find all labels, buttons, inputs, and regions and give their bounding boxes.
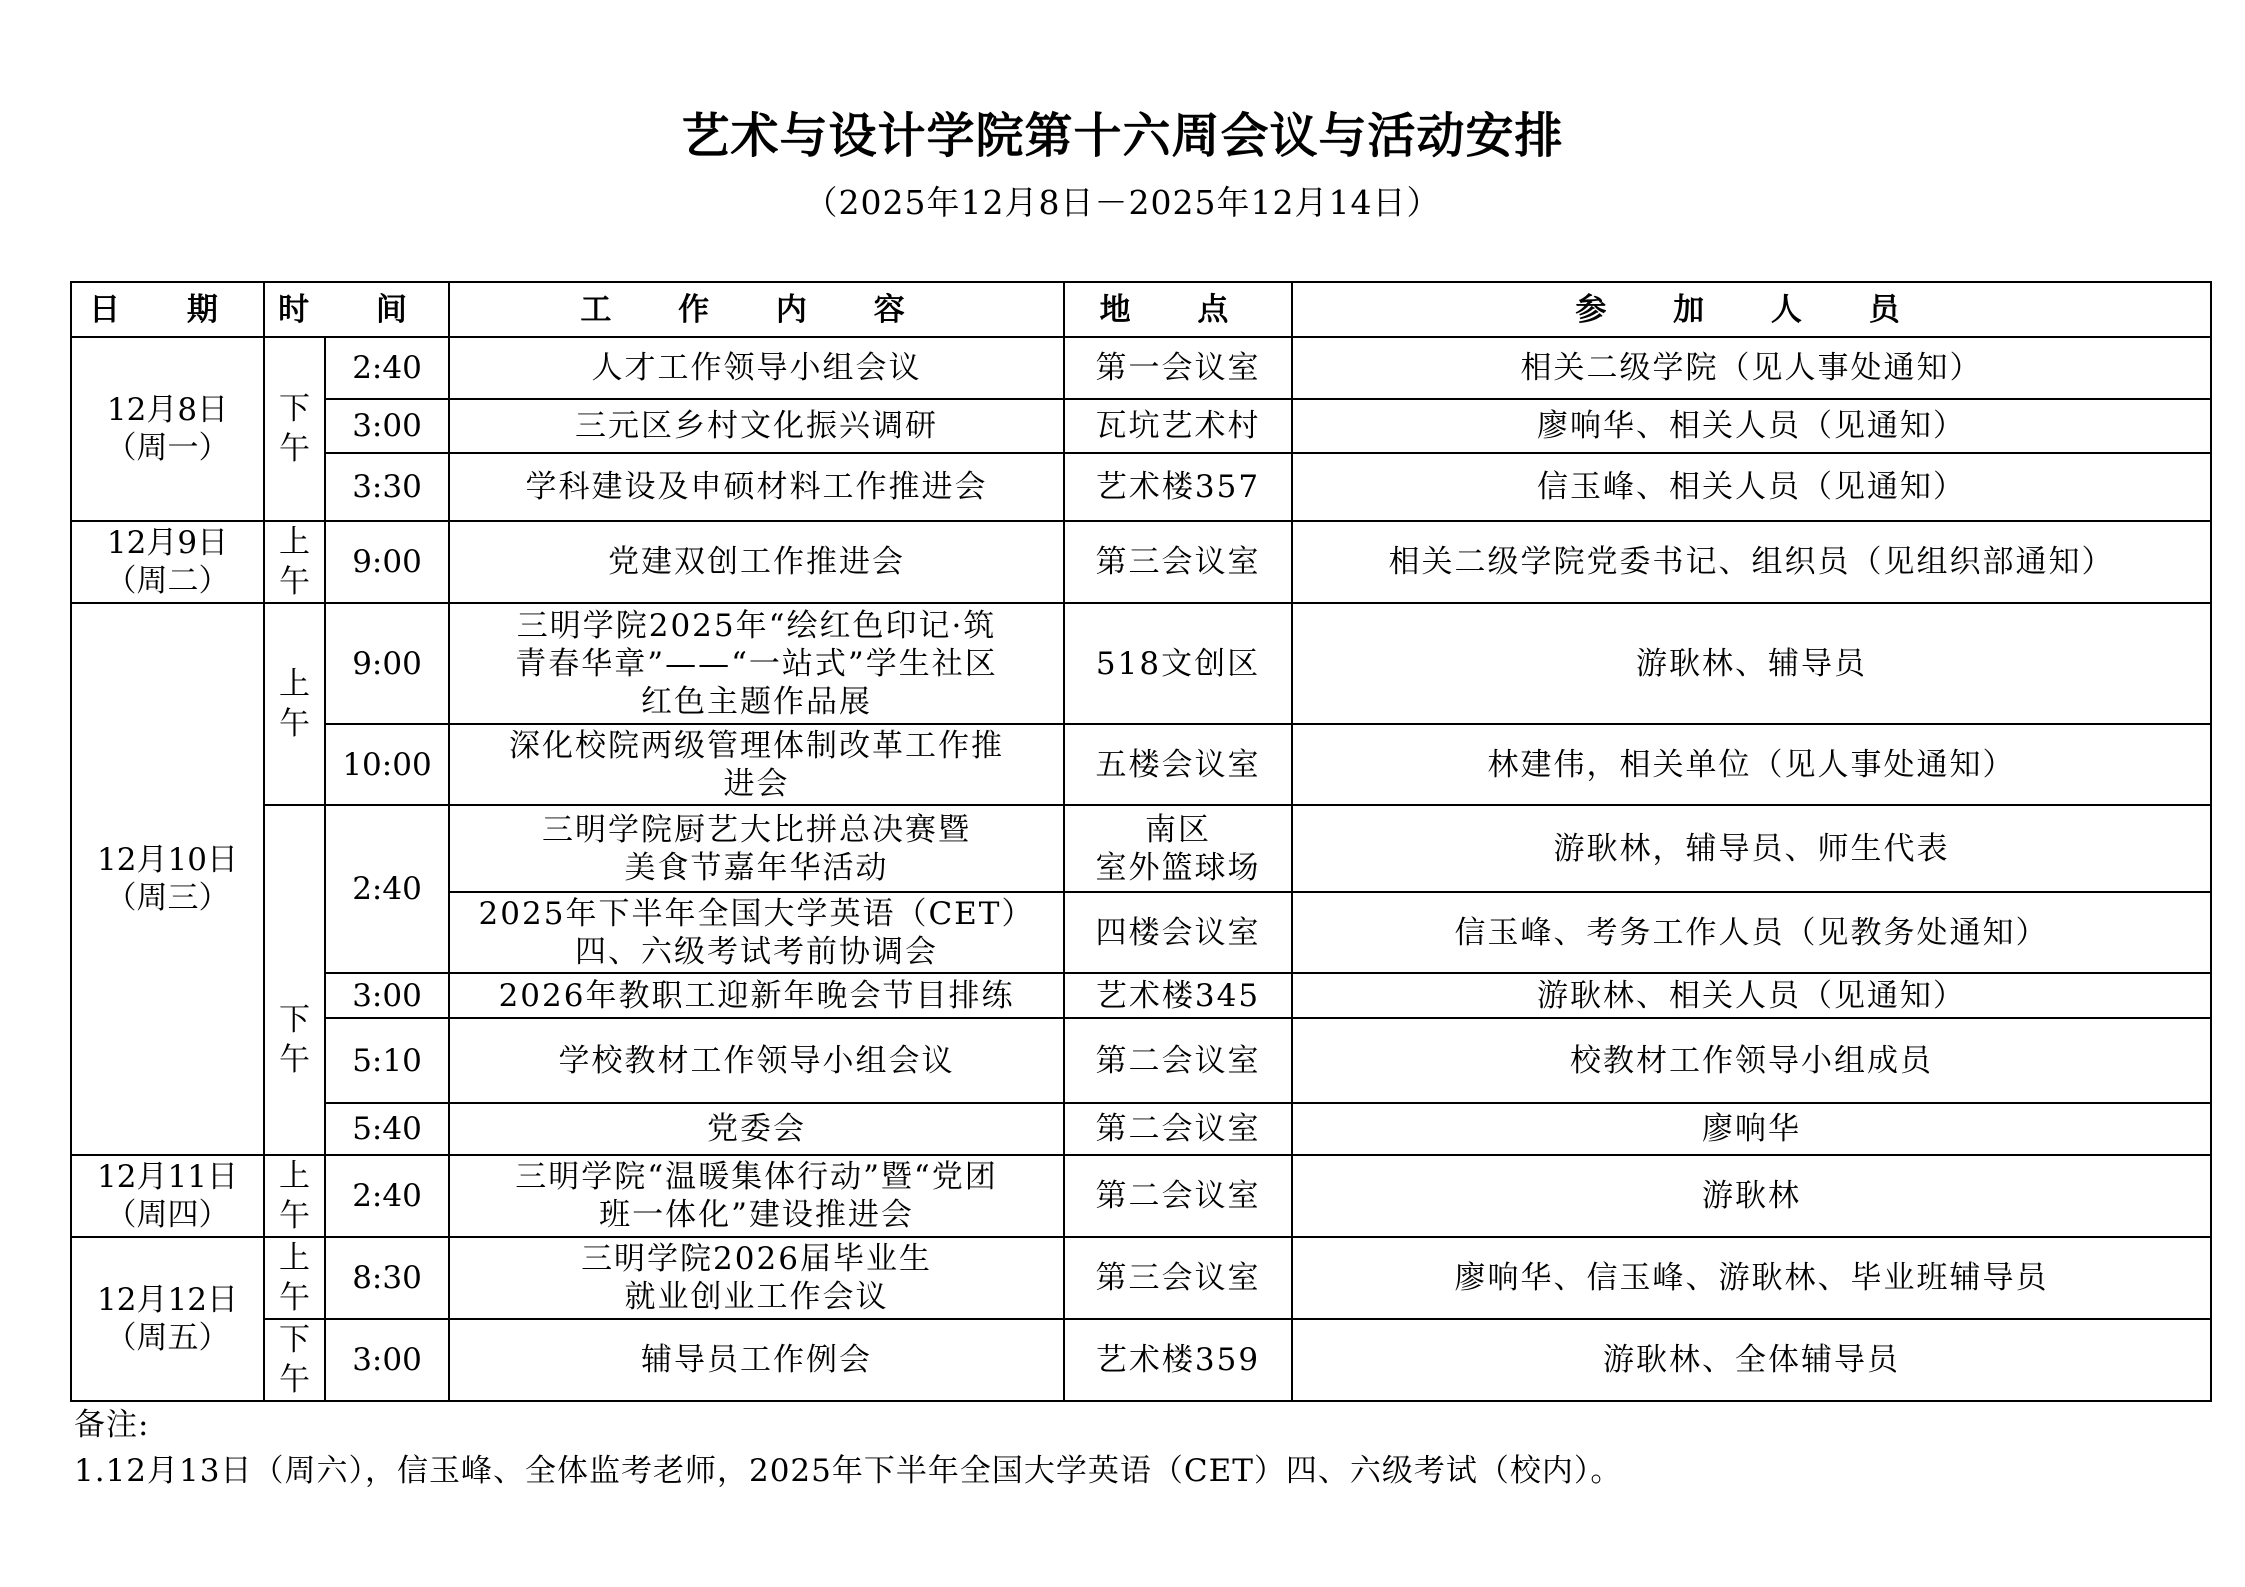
period-label: 上午 (278, 1156, 312, 1236)
column-header-content: 工 作 内 容 (449, 282, 1064, 337)
content-line: 就业创业工作会议 (450, 1278, 1063, 1316)
time-cell: 3:30 (325, 453, 449, 521)
date-label: 12月9日 (72, 524, 263, 562)
participants-cell: 相关二级学院党委书记、组织员（见组织部通知） (1292, 521, 2211, 603)
period-cell: 上午 (264, 603, 325, 805)
location-cell: 瓦坑艺术村 (1064, 399, 1292, 453)
notes-label: 备注: (74, 1402, 1622, 1448)
time-cell: 2:40 (325, 337, 449, 399)
participants-cell: 校教材工作领导小组成员 (1292, 1018, 2211, 1103)
location-cell: 第三会议室 (1064, 521, 1292, 603)
time-cell: 3:00 (325, 973, 449, 1018)
table-row: 10:00 深化校院两级管理体制改革工作推 进会 五楼会议室 林建伟，相关单位（… (71, 724, 2211, 805)
table-row: 下午 2:40 三明学院厨艺大比拼总决赛暨 美食节嘉年华活动 南区 室外篮球场 … (71, 805, 2211, 892)
content-line: 深化校院两级管理体制改革工作推 (450, 727, 1063, 765)
location-cell: 第一会议室 (1064, 337, 1292, 399)
participants-cell: 游耿林、相关人员（见通知） (1292, 973, 2211, 1018)
participants-cell: 游耿林 (1292, 1155, 2211, 1237)
time-cell: 2:40 (325, 1155, 449, 1237)
content-cell: 三明学院“温暖集体行动”暨“党团 班一体化”建设推进会 (449, 1155, 1064, 1237)
content-cell: 三明学院厨艺大比拼总决赛暨 美食节嘉年华活动 (449, 805, 1064, 892)
content-cell: 学科建设及申硕材料工作推进会 (449, 453, 1064, 521)
date-range-subtitle: （2025年12月8日－2025年12月14日） (0, 178, 2245, 228)
table-row: 12月8日 （周一） 下午 2:40 人才工作领导小组会议 第一会议室 相关二级… (71, 337, 2211, 399)
location-cell: 艺术楼359 (1064, 1319, 1292, 1401)
time-cell: 5:40 (325, 1103, 449, 1155)
time-cell: 8:30 (325, 1237, 449, 1319)
participants-cell: 廖响华 (1292, 1103, 2211, 1155)
location-cell: 第二会议室 (1064, 1103, 1292, 1155)
content-cell: 党委会 (449, 1103, 1064, 1155)
time-cell: 5:10 (325, 1018, 449, 1103)
period-label: 上午 (278, 522, 312, 602)
content-line: 红色主题作品展 (450, 683, 1063, 721)
date-cell: 12月10日 （周三） (71, 603, 264, 1155)
location-cell: 第二会议室 (1064, 1018, 1292, 1103)
period-label: 下午 (278, 1320, 312, 1400)
content-cell: 辅导员工作例会 (449, 1319, 1064, 1401)
participants-cell: 廖响华、信玉峰、游耿林、毕业班辅导员 (1292, 1237, 2211, 1319)
column-header-date: 日 期 (71, 282, 264, 337)
participants-cell: 游耿林，辅导员、师生代表 (1292, 805, 2211, 892)
location-cell: 艺术楼357 (1064, 453, 1292, 521)
weekday-label: （周二） (72, 562, 263, 600)
content-line: 三明学院2026届毕业生 (450, 1240, 1063, 1278)
table-row: 5:40 党委会 第二会议室 廖响华 (71, 1103, 2211, 1155)
table-row: 12月9日 （周二） 上午 9:00 党建双创工作推进会 第三会议室 相关二级学… (71, 521, 2211, 603)
content-cell: 党建双创工作推进会 (449, 521, 1064, 603)
location-cell: 艺术楼345 (1064, 973, 1292, 1018)
table-row: 12月11日 （周四） 上午 2:40 三明学院“温暖集体行动”暨“党团 班一体… (71, 1155, 2211, 1237)
time-cell: 10:00 (325, 724, 449, 805)
content-cell: 学校教材工作领导小组会议 (449, 1018, 1064, 1103)
table-row: 12月12日 （周五） 上午 8:30 三明学院2026届毕业生 就业创业工作会… (71, 1237, 2211, 1319)
weekday-label: （周三） (72, 879, 263, 917)
table-row: 3:00 三元区乡村文化振兴调研 瓦坑艺术村 廖响华、相关人员（见通知） (71, 399, 2211, 453)
content-cell: 人才工作领导小组会议 (449, 337, 1064, 399)
table-row: 12月10日 （周三） 上午 9:00 三明学院2025年“绘红色印记·筑 青春… (71, 603, 2211, 724)
location-cell: 第二会议室 (1064, 1155, 1292, 1237)
date-label: 12月10日 (72, 841, 263, 879)
column-header-participants: 参 加 人 员 (1292, 282, 2211, 337)
location-cell: 第三会议室 (1064, 1237, 1292, 1319)
participants-cell: 游耿林、辅导员 (1292, 603, 2211, 724)
period-label: 下午 (278, 389, 312, 469)
weekday-label: （周五） (72, 1319, 263, 1357)
participants-cell: 廖响华、相关人员（见通知） (1292, 399, 2211, 453)
period-cell: 下午 (264, 337, 325, 521)
table-row: 下午 3:00 辅导员工作例会 艺术楼359 游耿林、全体辅导员 (71, 1319, 2211, 1401)
participants-cell: 游耿林、全体辅导员 (1292, 1319, 2211, 1401)
content-line: 2025年下半年全国大学英语（CET） (450, 895, 1063, 933)
period-label: 上午 (278, 1238, 312, 1318)
period-cell: 下午 (264, 1319, 325, 1401)
date-cell: 12月12日 （周五） (71, 1237, 264, 1401)
page-title: 艺术与设计学院第十六周会议与活动安排 (0, 104, 2245, 168)
content-cell: 2025年下半年全国大学英语（CET） 四、六级考试考前协调会 (449, 892, 1064, 973)
period-cell: 上午 (264, 1155, 325, 1237)
weekday-label: （周四） (72, 1196, 263, 1234)
date-cell: 12月8日 （周一） (71, 337, 264, 521)
participants-cell: 信玉峰、考务工作人员（见教务处通知） (1292, 892, 2211, 973)
location-line: 室外篮球场 (1065, 849, 1291, 887)
content-line: 三明学院厨艺大比拼总决赛暨 (450, 811, 1063, 849)
content-line: 青春华章”——“一站式”学生社区 (450, 645, 1063, 683)
table-row: 3:00 2026年教职工迎新年晚会节目排练 艺术楼345 游耿林、相关人员（见… (71, 973, 2211, 1018)
table-header-row: 日 期 时 间 工 作 内 容 地 点 参 加 人 员 (71, 282, 2211, 337)
location-cell: 四楼会议室 (1064, 892, 1292, 973)
content-cell: 深化校院两级管理体制改革工作推 进会 (449, 724, 1064, 805)
content-line: 三明学院2025年“绘红色印记·筑 (450, 607, 1063, 645)
schedule-table: 日 期 时 间 工 作 内 容 地 点 参 加 人 员 12月8日 （周一） 下… (70, 281, 2212, 1402)
date-label: 12月12日 (72, 1281, 263, 1319)
table-row: 3:30 学科建设及申硕材料工作推进会 艺术楼357 信玉峰、相关人员（见通知） (71, 453, 2211, 521)
participants-cell: 信玉峰、相关人员（见通知） (1292, 453, 2211, 521)
table-row: 5:10 学校教材工作领导小组会议 第二会议室 校教材工作领导小组成员 (71, 1018, 2211, 1103)
column-header-location: 地 点 (1064, 282, 1292, 337)
content-line: 三明学院“温暖集体行动”暨“党团 (450, 1158, 1063, 1196)
notes-section: 备注: 1.12月13日（周六），信玉峰、全体监考老师，2025年下半年全国大学… (74, 1402, 1622, 1494)
period-cell: 下午 (264, 805, 325, 1155)
content-line: 美食节嘉年华活动 (450, 849, 1063, 887)
column-header-time: 时 间 (264, 282, 449, 337)
content-line: 四、六级考试考前协调会 (450, 933, 1063, 971)
content-cell: 三明学院2026届毕业生 就业创业工作会议 (449, 1237, 1064, 1319)
content-cell: 2026年教职工迎新年晚会节目排练 (449, 973, 1064, 1018)
date-label: 12月11日 (72, 1158, 263, 1196)
location-cell: 南区 室外篮球场 (1064, 805, 1292, 892)
time-cell: 3:00 (325, 1319, 449, 1401)
location-line: 南区 (1065, 811, 1291, 849)
period-label: 下午 (278, 1000, 312, 1080)
participants-cell: 相关二级学院（见人事处通知） (1292, 337, 2211, 399)
time-cell: 2:40 (325, 805, 449, 973)
period-label: 上午 (278, 664, 312, 744)
date-label: 12月8日 (72, 391, 263, 429)
date-cell: 12月9日 （周二） (71, 521, 264, 603)
period-cell: 上午 (264, 521, 325, 603)
content-line: 班一体化”建设推进会 (450, 1196, 1063, 1234)
time-cell: 3:00 (325, 399, 449, 453)
content-cell: 三元区乡村文化振兴调研 (449, 399, 1064, 453)
weekday-label: （周一） (72, 429, 263, 467)
date-cell: 12月11日 （周四） (71, 1155, 264, 1237)
participants-cell: 林建伟，相关单位（见人事处通知） (1292, 724, 2211, 805)
location-cell: 518文创区 (1064, 603, 1292, 724)
content-cell: 三明学院2025年“绘红色印记·筑 青春华章”——“一站式”学生社区 红色主题作… (449, 603, 1064, 724)
location-cell: 五楼会议室 (1064, 724, 1292, 805)
time-cell: 9:00 (325, 521, 449, 603)
period-cell: 上午 (264, 1237, 325, 1319)
note-item: 1.12月13日（周六），信玉峰、全体监考老师，2025年下半年全国大学英语（C… (74, 1448, 1622, 1494)
time-cell: 9:00 (325, 603, 449, 724)
content-line: 进会 (450, 765, 1063, 803)
